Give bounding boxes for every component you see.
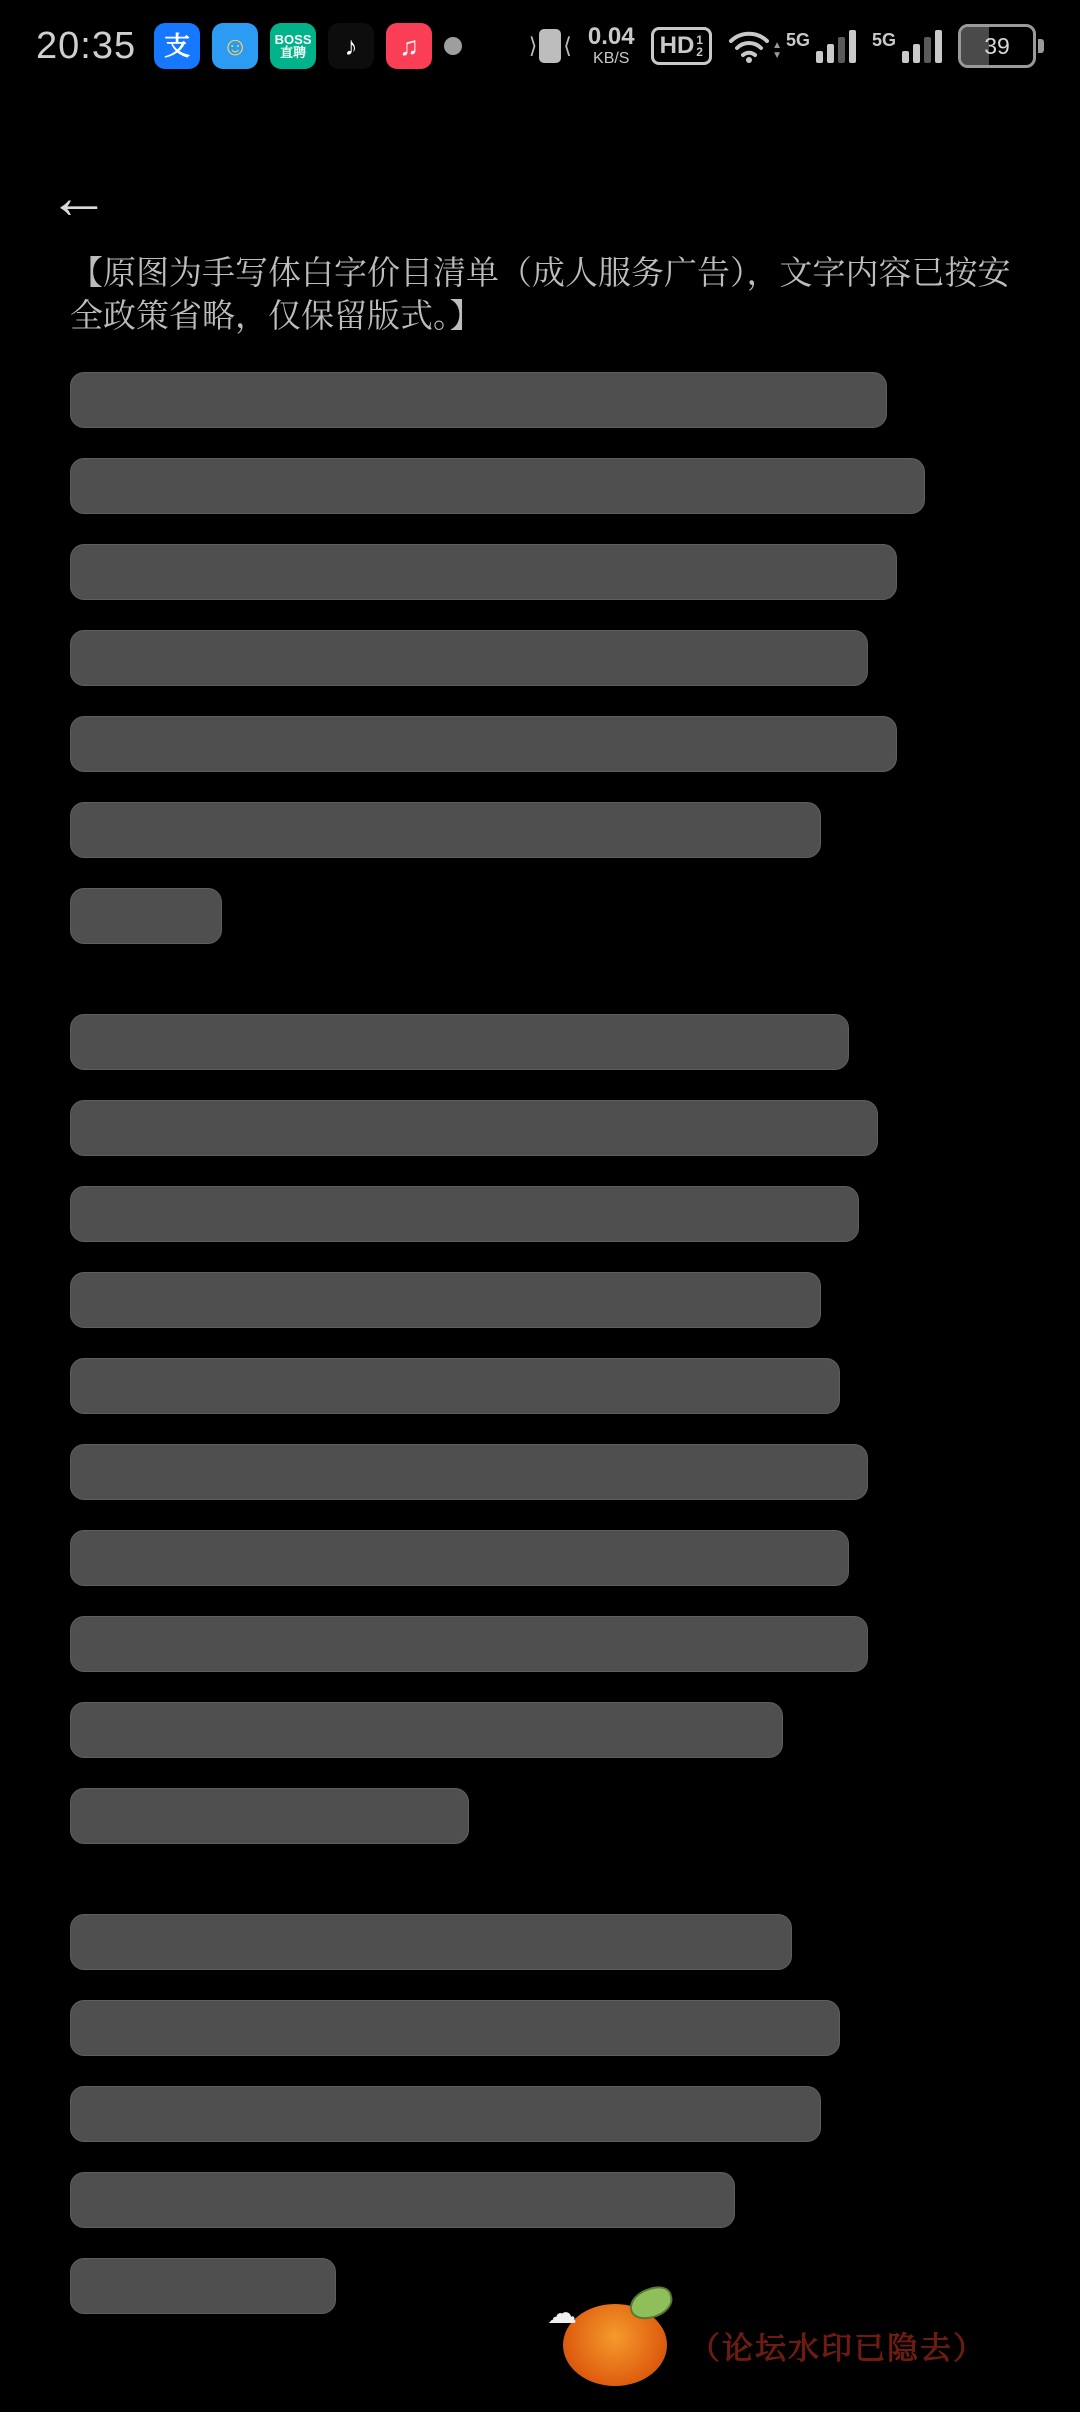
music-app-icon: ♫ <box>386 23 432 69</box>
network-speed: 0.04 KB/S <box>588 25 635 67</box>
redacted-text-line <box>70 1788 469 1844</box>
redacted-text-line <box>70 1444 868 1500</box>
chat-app-icon: ☺ <box>212 23 258 69</box>
redacted-text-line <box>70 1530 849 1586</box>
redacted-text-line <box>70 1616 868 1672</box>
cloud-icon: ☁ <box>547 2296 577 2331</box>
redacted-text-line <box>70 1014 849 1070</box>
status-bar-left: 20:35 支☺BOSS 直聘♪♫ <box>36 23 462 69</box>
wifi-icon: ▲▼ <box>728 29 770 63</box>
redacted-text-line <box>70 1272 821 1328</box>
watermark: ☁ （论坛水印已隐去） <box>563 2304 986 2386</box>
redacted-text-line <box>70 1914 792 1970</box>
alipay-app-icon: 支 <box>154 23 200 69</box>
phone-screen: 20:35 支☺BOSS 直聘♪♫ ⟩⟨ 0.04 KB/S HD 1 2 <box>0 0 1080 2412</box>
wifi-traffic-arrows: ▲▼ <box>772 41 782 61</box>
redacted-text-line <box>70 1358 840 1414</box>
redacted-text-line <box>70 1186 859 1242</box>
douyin-app-icon: ♪ <box>328 23 374 69</box>
redaction-note: 【原图为手写体白字价目清单（成人服务广告），文字内容已按安全政策省略，仅保留版式… <box>70 252 1020 338</box>
redacted-text-line <box>70 458 925 514</box>
redacted-text-line <box>70 1702 783 1758</box>
redacted-text-line <box>70 544 897 600</box>
redacted-text-line <box>70 2258 336 2314</box>
redacted-text-line <box>70 372 887 428</box>
vibrate-icon: ⟩⟨ <box>529 29 572 63</box>
clock: 20:35 <box>36 25 136 68</box>
redacted-text-line <box>70 2000 840 2056</box>
back-button[interactable]: ← <box>48 158 128 238</box>
redacted-text-line <box>70 630 868 686</box>
boss-zhipin-app-icon: BOSS 直聘 <box>270 23 316 69</box>
battery-indicator: 39 <box>958 24 1044 68</box>
status-bar-right: ⟩⟨ 0.04 KB/S HD 1 2 ▲▼ <box>529 24 1044 68</box>
redacted-text-line <box>70 802 821 858</box>
more-notifications-dot <box>444 37 462 55</box>
redacted-text-line <box>70 2086 821 2142</box>
sim2-signal-icon: 5G <box>872 30 942 63</box>
notification-icons: 支☺BOSS 直聘♪♫ <box>154 23 462 69</box>
status-bar: 20:35 支☺BOSS 直聘♪♫ ⟩⟨ 0.04 KB/S HD 1 2 <box>0 0 1080 92</box>
redacted-text-line <box>70 888 222 944</box>
volte-hd-icon: HD 1 2 <box>651 27 712 65</box>
redacted-text-line <box>70 2172 735 2228</box>
redacted-paragraphs <box>70 372 1020 2314</box>
redacted-paragraph <box>70 1914 1020 2314</box>
redacted-text-line <box>70 716 897 772</box>
watermark-text: （论坛水印已隐去） <box>689 2323 986 2368</box>
redacted-paragraph <box>70 372 1020 944</box>
redacted-text-line <box>70 1100 878 1156</box>
content-area: 【原图为手写体白字价目清单（成人服务广告），文字内容已按安全政策省略，仅保留版式… <box>70 252 1020 2412</box>
sim1-signal-icon: 5G <box>786 30 856 63</box>
redacted-paragraph <box>70 1014 1020 1844</box>
forum-logo-redacted-icon: ☁ <box>563 2304 667 2386</box>
